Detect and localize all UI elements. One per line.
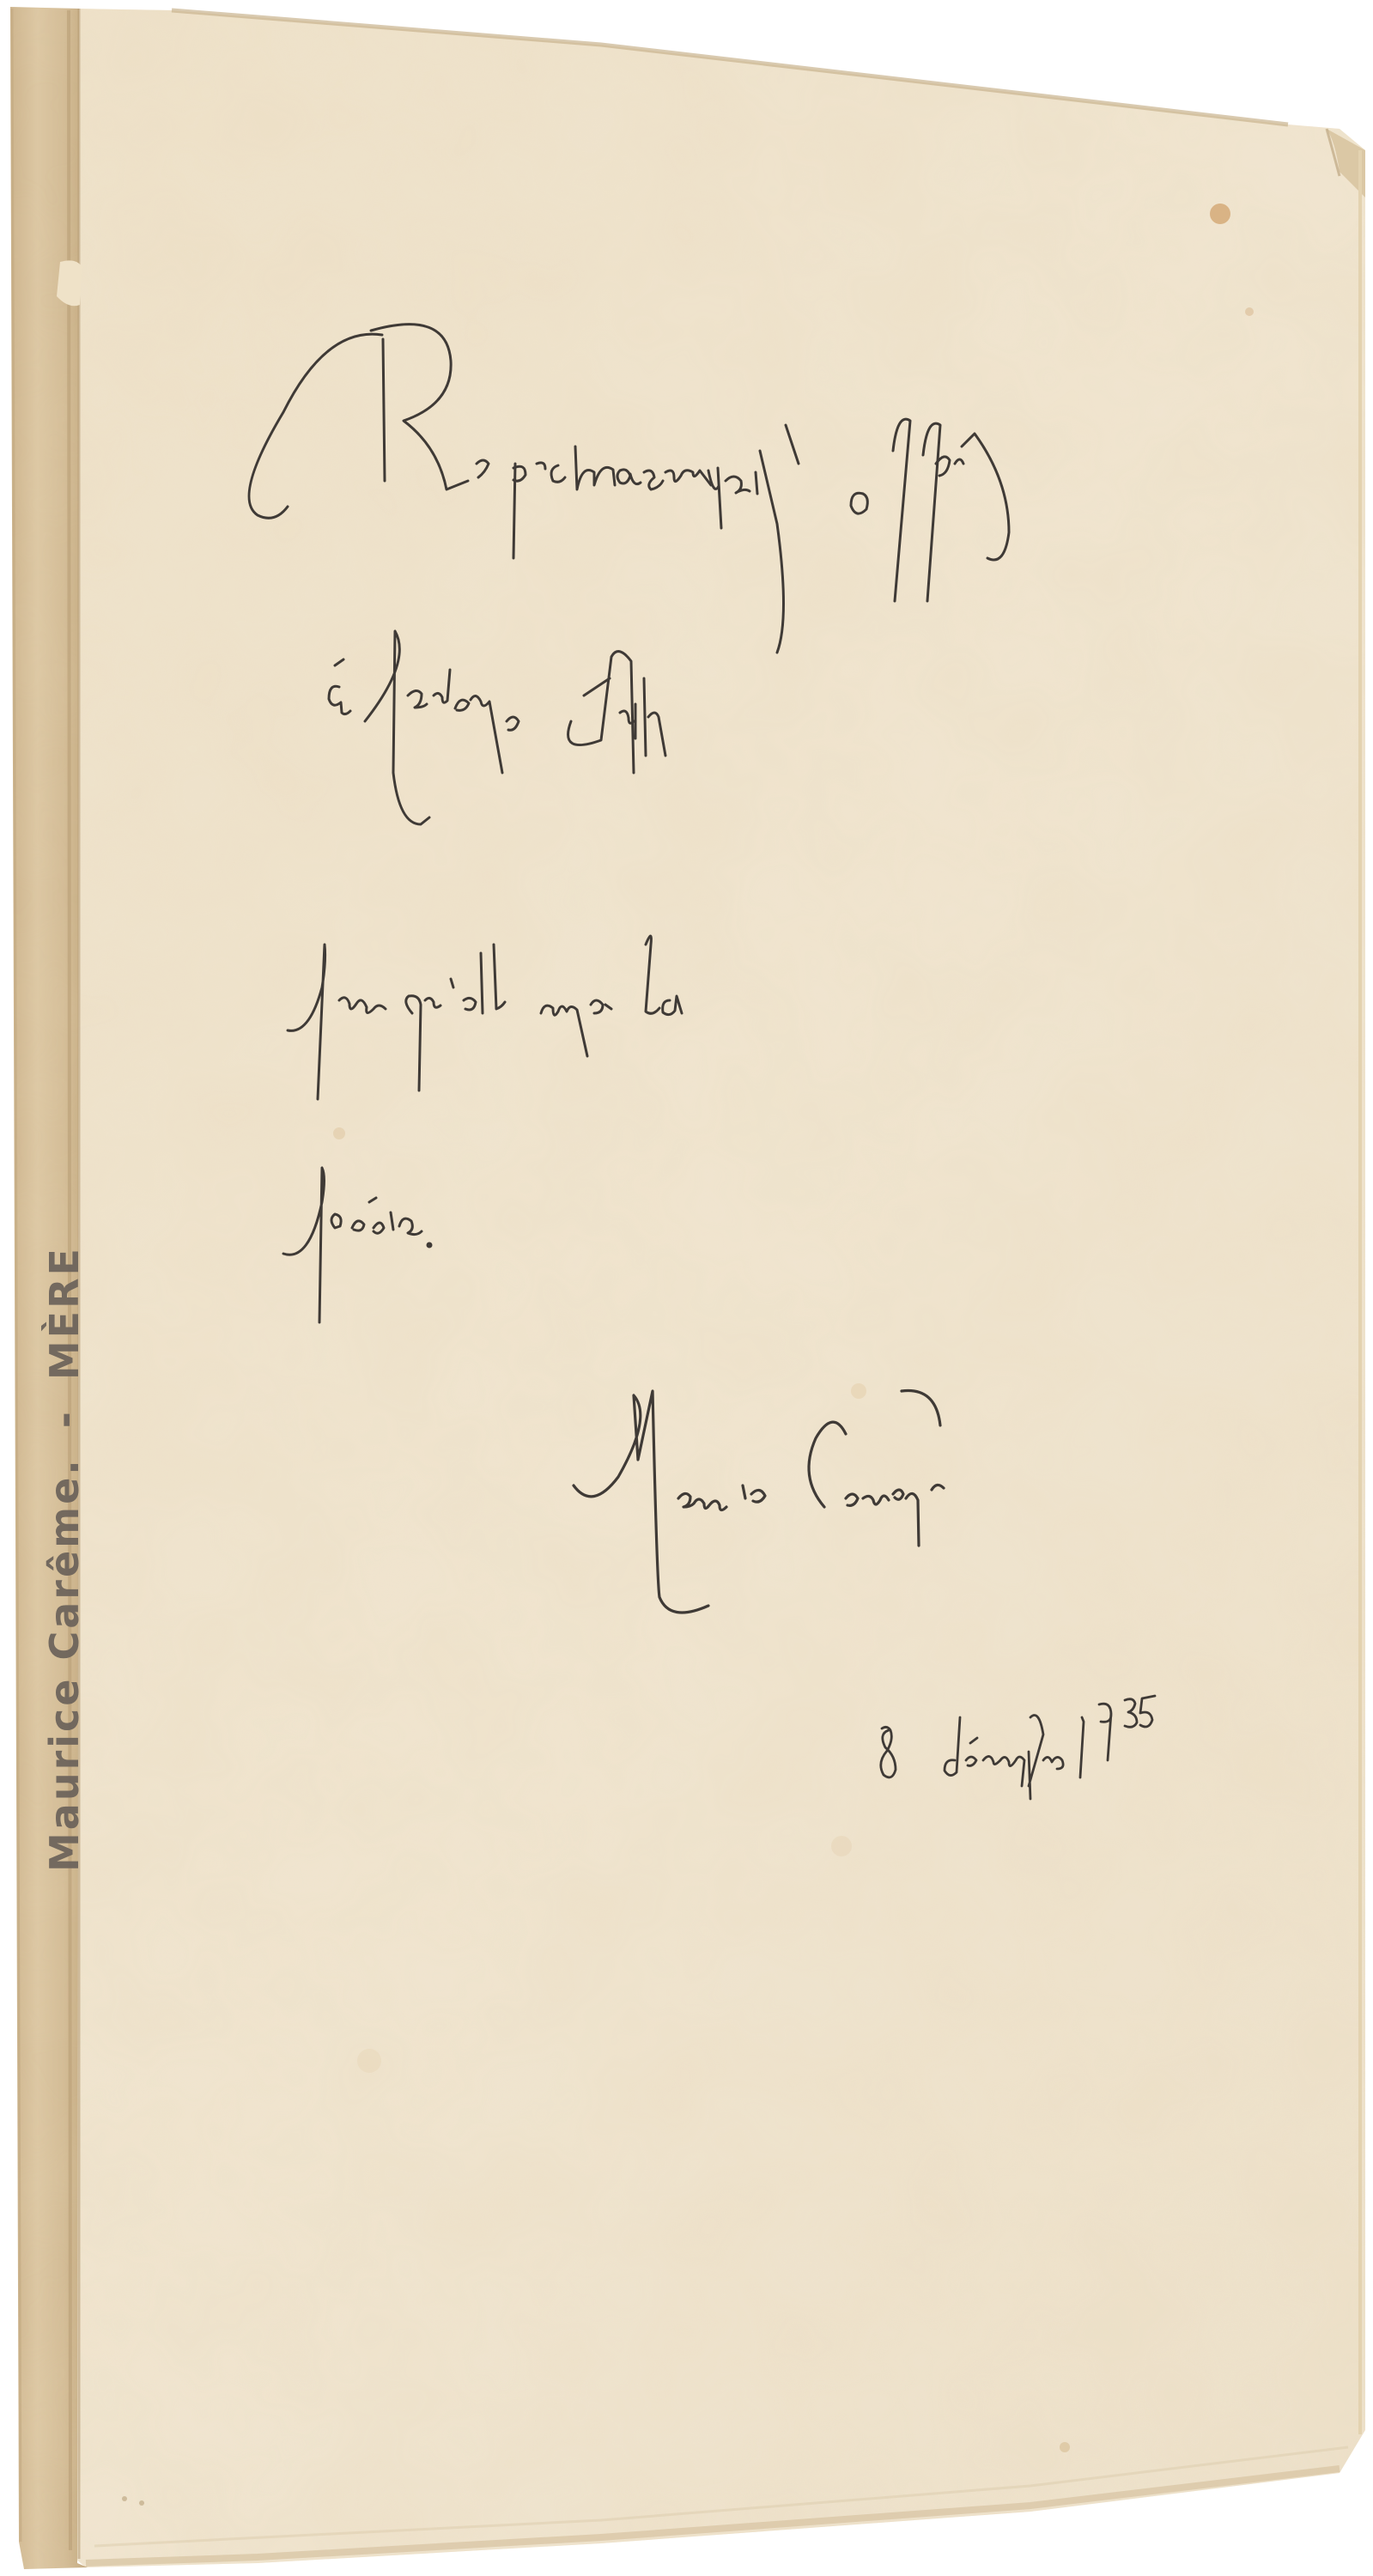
stain-spot <box>1210 204 1230 224</box>
spine-title: Maurice Carême.-MÈRE <box>45 1246 84 1872</box>
spine-book-title: MÈRE <box>41 1246 88 1380</box>
spine-separator: - <box>41 1409 88 1428</box>
front-cover <box>76 9 1365 2567</box>
book-photo: Maurice Carême.-MÈRE Respectueusement of… <box>0 0 1373 2576</box>
book-illustration <box>0 0 1373 2576</box>
spine-author: Maurice Carême. <box>41 1457 88 1872</box>
